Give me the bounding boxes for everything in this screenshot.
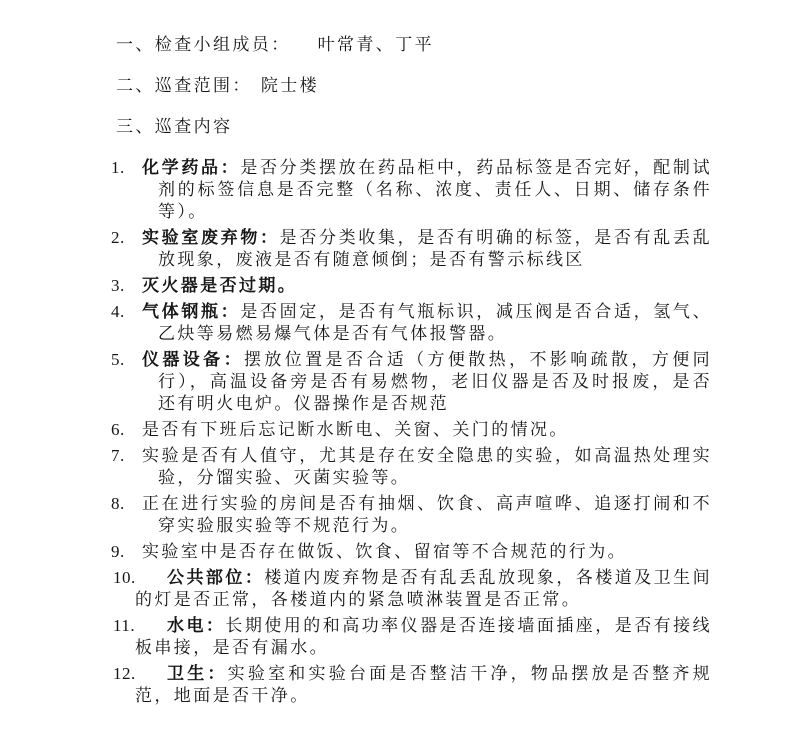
item-label: 水电： — [167, 616, 225, 635]
item-body: 是否有下班后忘记断水断电、关窗、关门的情况。 — [158, 419, 712, 441]
item-number: 4. — [111, 301, 125, 323]
heading-label: 一、检查小组成员： — [116, 35, 291, 54]
item-body: 正在进行实验的房间是否有抽烟、饮食、高声喧哗、追逐打闹和不穿实验服实验等不规范行… — [158, 493, 712, 537]
item-number: 5. — [111, 349, 125, 371]
item-text: 是否有下班后忘记断水断电、关窗、关门的情况。 — [142, 420, 569, 439]
item-body: 卫生：实验室和实验台面是否整洁干净，物品摆放是否整齐规范，地面是否干净。 — [135, 663, 712, 707]
item-label: 卫生： — [167, 664, 228, 683]
item-number: 7. — [111, 445, 125, 467]
item-body: 公共部位：楼道内废弃物是否有乱丢乱放现象，各楼道及卫生间的灯是否正常，各楼道内的… — [135, 567, 712, 611]
section-heading-scope: 二、巡查范围：院士楼 — [116, 75, 792, 97]
list-item: 11. 水电：长期使用的和高功率仪器是否连接墙面插座，是否有接线板串接，是否有漏… — [111, 615, 712, 659]
section-heading-content: 三、巡查内容 — [116, 116, 792, 138]
item-number: 9. — [111, 541, 125, 563]
list-item: 12. 卫生：实验室和实验台面是否整洁干净，物品摆放是否整齐规范，地面是否干净。 — [111, 663, 712, 707]
item-number: 1. — [111, 157, 125, 179]
item-label: 气体钢瓶： — [142, 302, 240, 321]
item-body: 化学药品：是否分类摆放在药品柜中，药品标签是否完好，配制试剂的标签信息是否完整（… — [158, 157, 712, 223]
list-item: 7. 实验是否有人值守，尤其是存在安全隐患的实验，如高温热处理实验，分馏实验、灭… — [111, 445, 712, 489]
item-body: 实验室中是否存在做饭、饮食、留宿等不合规范的行为。 — [158, 541, 712, 563]
item-number: 3. — [111, 275, 125, 297]
item-label: 公共部位： — [167, 568, 264, 587]
heading-value: 叶常青、丁平 — [318, 35, 434, 54]
list-item: 9. 实验室中是否存在做饭、饮食、留宿等不合规范的行为。 — [111, 541, 712, 563]
item-body: 实验是否有人值守，尤其是存在安全隐患的实验，如高温热处理实验，分馏实验、灭菌实验… — [158, 445, 712, 489]
item-number: 12. — [113, 663, 136, 685]
numbered-list: 1. 化学药品：是否分类摆放在药品柜中，药品标签是否完好，配制试剂的标签信息是否… — [111, 157, 712, 707]
list-item: 5. 仪器设备：摆放位置是否合适（方便散热，不影响疏散，方便同行），高温设备旁是… — [111, 349, 712, 415]
item-label: 实验室废弃物： — [142, 228, 280, 247]
item-text: 实验室中是否存在做饭、饮食、留宿等不合规范的行为。 — [142, 542, 627, 561]
item-number: 11. — [113, 615, 135, 637]
document-page: 一、检查小组成员：叶常青、丁平 二、巡查范围：院士楼 三、巡查内容 1. 化学药… — [0, 0, 792, 736]
heading-label: 二、巡查范围： — [116, 76, 252, 95]
item-number: 8. — [111, 493, 125, 515]
item-body: 仪器设备：摆放位置是否合适（方便散热，不影响疏散，方便同行），高温设备旁是否有易… — [158, 349, 712, 415]
list-item: 2. 实验室废弃物：是否分类收集，是否有明确的标签，是否有乱丢乱放现象，废液是否… — [111, 227, 712, 271]
item-number: 10. — [113, 567, 136, 589]
item-body: 气体钢瓶：是否固定，是否有气瓶标识，减压阀是否合适，氢气、乙炔等易燃易爆气体是否… — [158, 301, 712, 345]
list-item: 8. 正在进行实验的房间是否有抽烟、饮食、高声喧哗、追逐打闹和不穿实验服实验等不… — [111, 493, 712, 537]
item-text: 正在进行实验的房间是否有抽烟、饮食、高声喧哗、追逐打闹和不穿实验服实验等不规范行… — [142, 494, 712, 535]
item-body: 实验室废弃物：是否分类收集，是否有明确的标签，是否有乱丢乱放现象，废液是否有随意… — [158, 227, 712, 271]
section-heading-members: 一、检查小组成员：叶常青、丁平 — [116, 34, 792, 56]
heading-label: 三、巡查内容 — [116, 117, 232, 136]
item-text: 是否固定，是否有气瓶标识，减压阀是否合适，氢气、乙炔等易燃易爆气体是否有气体报警… — [158, 302, 712, 343]
list-item: 10. 公共部位：楼道内废弃物是否有乱丢乱放现象，各楼道及卫生间的灯是否正常，各… — [111, 567, 712, 611]
item-body: 灭火器是否过期。 — [158, 275, 712, 297]
item-text: 是否分类摆放在药品柜中，药品标签是否完好，配制试剂的标签信息是否完整（名称、浓度… — [158, 158, 712, 221]
list-item: 6. 是否有下班后忘记断水断电、关窗、关门的情况。 — [111, 419, 712, 441]
item-number: 2. — [111, 227, 125, 249]
list-item: 1. 化学药品：是否分类摆放在药品柜中，药品标签是否完好，配制试剂的标签信息是否… — [111, 157, 712, 223]
item-body: 水电：长期使用的和高功率仪器是否连接墙面插座，是否有接线板串接，是否有漏水。 — [135, 615, 712, 659]
list-item: 4. 气体钢瓶：是否固定，是否有气瓶标识，减压阀是否合适，氢气、乙炔等易燃易爆气… — [111, 301, 712, 345]
item-text: 实验是否有人值守，尤其是存在安全隐患的实验，如高温热处理实验，分馏实验、灭菌实验… — [142, 446, 712, 487]
item-number: 6. — [111, 419, 125, 441]
item-label: 灭火器是否过期。 — [142, 276, 297, 295]
section-headings: 一、检查小组成员：叶常青、丁平 二、巡查范围：院士楼 三、巡查内容 — [116, 34, 792, 138]
item-label: 化学药品： — [142, 158, 240, 177]
item-label: 仪器设备： — [142, 350, 244, 369]
heading-value: 院士楼 — [261, 76, 319, 95]
list-item: 3. 灭火器是否过期。 — [111, 275, 712, 297]
